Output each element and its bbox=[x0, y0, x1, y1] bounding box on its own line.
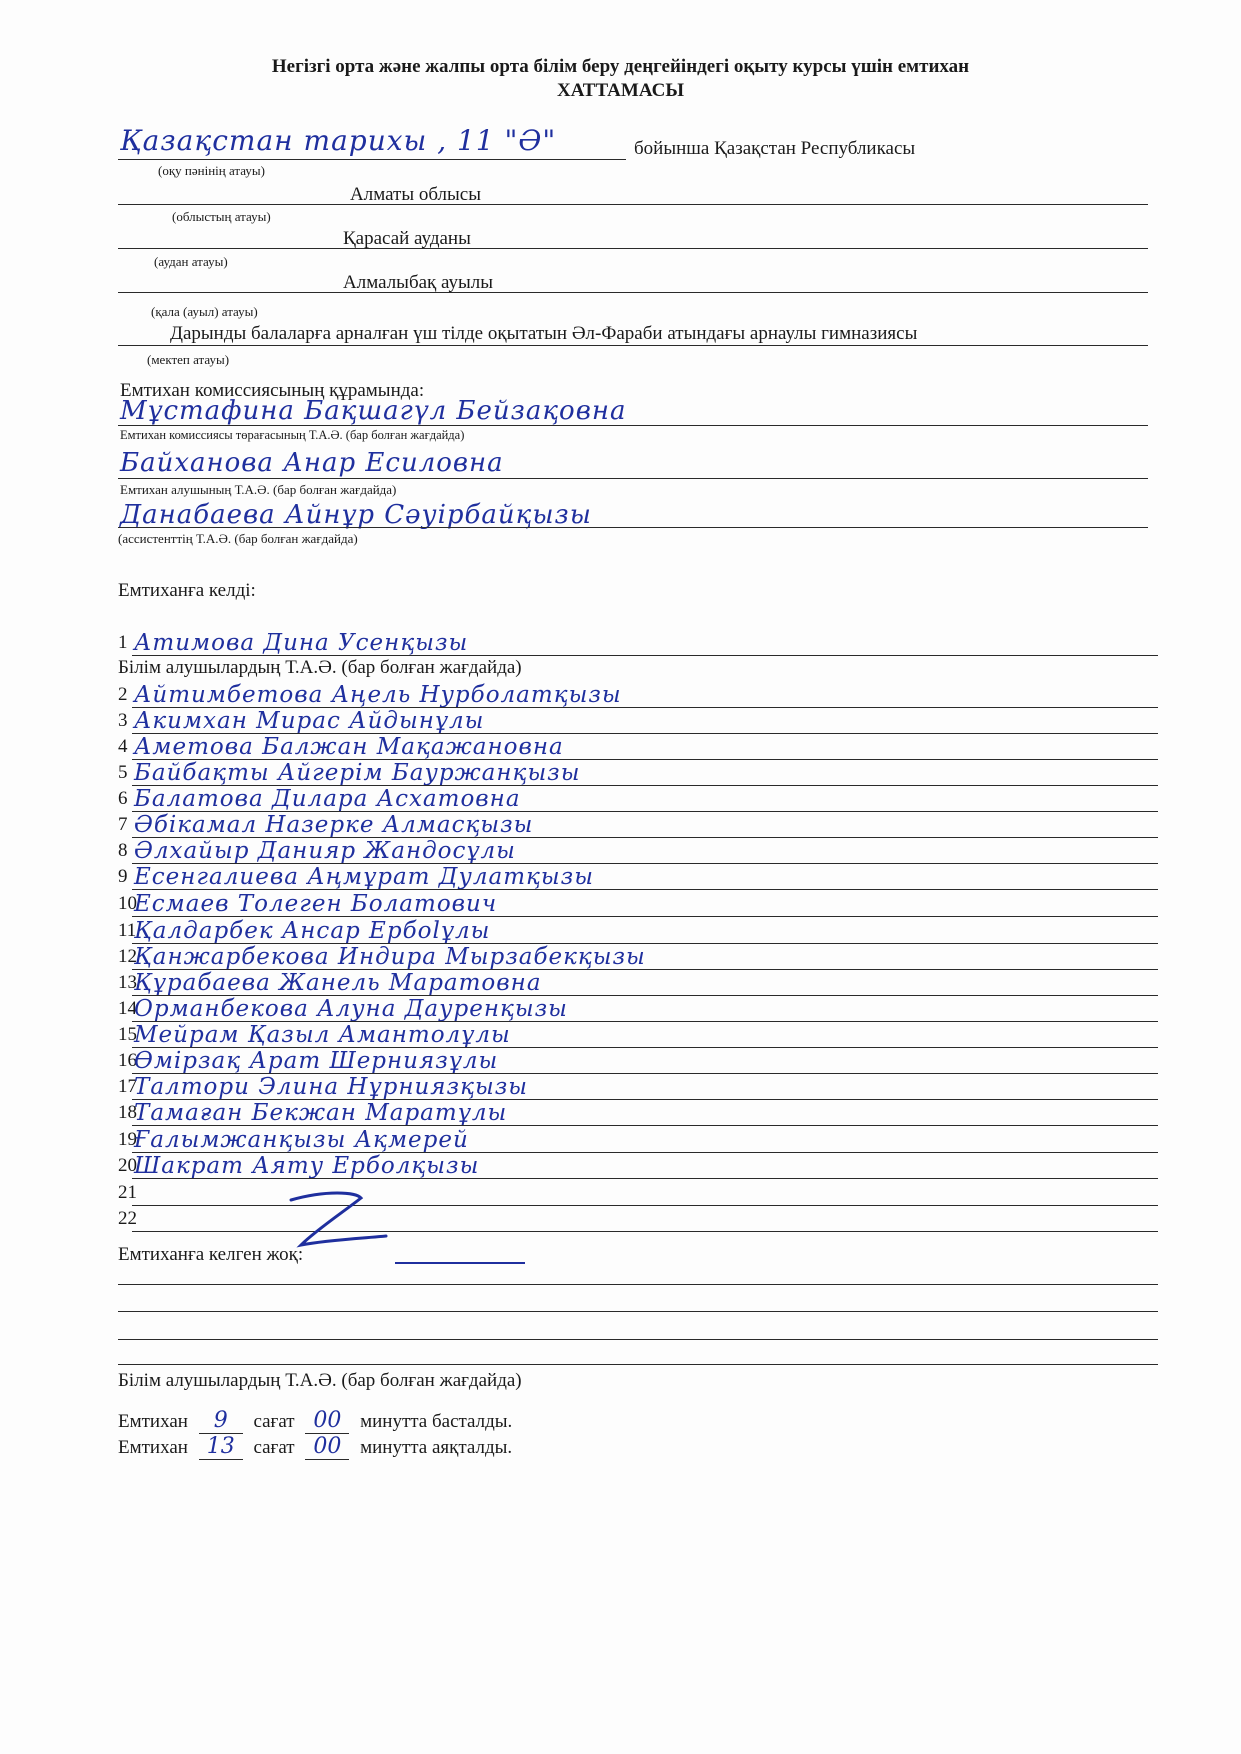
student-name-field[interactable]: Аметова Балжан Мақажановна bbox=[134, 734, 564, 760]
student-number: 4 bbox=[118, 736, 128, 758]
student-row[interactable]: 8Әлхайыр Данияр Жандосұлы bbox=[118, 838, 1158, 864]
exam-end-hour[interactable]: 13 bbox=[199, 1434, 243, 1460]
student-name-field[interactable]: Атимова Дина Усенқызы bbox=[134, 630, 468, 656]
student-row[interactable]: 7Әбікамал Назерке Алмасқызы bbox=[118, 812, 1158, 838]
exam-start-row: Емтихан 9 сағат 00 минутта басталды. bbox=[118, 1408, 512, 1434]
student-row[interactable]: 5Байбақты Айгерім Бауржанқызы bbox=[118, 760, 1158, 786]
student-row[interactable]: 1Атимова Дина Усенқызы bbox=[118, 630, 1158, 656]
student-number: 1 bbox=[118, 632, 128, 654]
exam-start-hour-label: сағат bbox=[253, 1411, 294, 1432]
examiner-field[interactable]: Байханова Анар Есиловна bbox=[120, 448, 504, 478]
absent-line-4[interactable] bbox=[118, 1364, 1158, 1365]
district-field[interactable]: Қарасай ауданы bbox=[343, 228, 471, 250]
student-row[interactable]: 21 bbox=[118, 1180, 1158, 1206]
student-name-field[interactable]: Құрабаева Жанель Маратовна bbox=[134, 970, 542, 996]
absent-caption: Білім алушылардың Т.А.Ә. (бар болған жағ… bbox=[118, 1370, 522, 1392]
student-name-field[interactable]: Есенгалиева Аңмұрат Дулатқызы bbox=[134, 864, 594, 890]
document-title-line2: ХАТТАМАСЫ bbox=[0, 80, 1241, 102]
student-row[interactable]: 3Акимхан Мирас Айдынұлы bbox=[118, 708, 1158, 734]
absent-dash-mark bbox=[395, 1262, 525, 1264]
student-row[interactable]: 18Тамаған Бекжан Маратұлы bbox=[118, 1100, 1158, 1126]
student-number: 7 bbox=[118, 814, 128, 836]
student-name-field[interactable]: Өмірзақ Арат Шерниязұлы bbox=[134, 1048, 498, 1074]
school-field[interactable]: Дарынды балаларға арналған үш тілде оқыт… bbox=[170, 323, 917, 345]
exam-end-prefix: Емтихан bbox=[118, 1437, 188, 1458]
student-row[interactable]: 14Орманбекова Алуна Дауренқызы bbox=[118, 996, 1158, 1022]
region-field[interactable]: Алматы облысы bbox=[350, 184, 481, 206]
student-name-field[interactable]: Әбікамал Назерке Алмасқызы bbox=[134, 812, 533, 838]
student-row[interactable]: 9Есенгалиева Аңмұрат Дулатқызы bbox=[118, 864, 1158, 890]
commission-chair-caption: Емтихан комиссиясы төрағасының Т.А.Ә. (б… bbox=[120, 428, 464, 443]
student-name-field[interactable]: Акимхан Мирас Айдынұлы bbox=[134, 708, 484, 734]
student-line bbox=[132, 889, 1158, 890]
exam-start-prefix: Емтихан bbox=[118, 1411, 188, 1432]
exam-end-row: Емтихан 13 сағат 00 минутта аяқталды. bbox=[118, 1434, 512, 1460]
exam-end-minute[interactable]: 00 bbox=[305, 1434, 349, 1460]
exam-end-hour-label: сағат bbox=[253, 1437, 294, 1458]
district-caption: (аудан атауы) bbox=[154, 254, 228, 270]
document-title-line1: Негізгі орта және жалпы орта білім беру … bbox=[0, 56, 1241, 78]
student-number: 8 bbox=[118, 840, 128, 862]
subject-caption: (оқу пәнінің атауы) bbox=[158, 163, 265, 179]
examiner-caption: Емтихан алушының Т.А.Ә. (бар болған жағд… bbox=[120, 482, 396, 498]
exam-start-hour[interactable]: 9 bbox=[199, 1408, 243, 1434]
student-number: 3 bbox=[118, 710, 128, 732]
student-row[interactable]: 13Құрабаева Жанель Маратовна bbox=[118, 970, 1158, 996]
student-line bbox=[132, 1178, 1158, 1179]
exam-start-minute[interactable]: 00 bbox=[305, 1408, 349, 1434]
student-name-field[interactable]: Балатова Дилара Асхатовна bbox=[134, 786, 521, 812]
absent-line-1[interactable] bbox=[118, 1284, 1158, 1285]
exam-protocol-page: Негізгі орта және жалпы орта білім беру … bbox=[0, 0, 1241, 1754]
city-caption: (қала (ауыл) атауы) bbox=[151, 304, 258, 320]
student-name-field[interactable]: Мейрам Қазыл Амантолұлы bbox=[134, 1022, 511, 1048]
student-row[interactable]: 15Мейрам Қазыл Амантолұлы bbox=[118, 1022, 1158, 1048]
student-name-field[interactable]: Талтори Элина Нұрниязқызы bbox=[134, 1074, 528, 1100]
region-caption: (облыстың атауы) bbox=[172, 209, 271, 225]
student-name-field[interactable]: Шакрат Аяту Ерболқызы bbox=[134, 1153, 479, 1179]
student-name-field[interactable]: Есмаев Толеген Болатович bbox=[134, 891, 497, 917]
absent-line-3[interactable] bbox=[118, 1339, 1158, 1340]
absent-line-2[interactable] bbox=[118, 1311, 1158, 1312]
student-number: 6 bbox=[118, 788, 128, 810]
student-name-field[interactable]: Айтимбетова Аңель Нурболатқызы bbox=[134, 682, 622, 708]
student-row[interactable]: 22 bbox=[118, 1206, 1158, 1232]
assistant-caption: (ассистенттің Т.А.Ә. (бар болған жағдайд… bbox=[118, 531, 358, 547]
absent-heading: Емтиханға келген жоқ: bbox=[118, 1244, 303, 1266]
student-number: 9 bbox=[118, 866, 128, 888]
student-line bbox=[132, 916, 1158, 917]
school-caption: (мектеп атауы) bbox=[147, 352, 229, 368]
student-row[interactable]: 16Өмірзақ Арат Шерниязұлы bbox=[118, 1048, 1158, 1074]
student-row[interactable]: 4Аметова Балжан Мақажановна bbox=[118, 734, 1158, 760]
subject-suffix: бойынша Қазақстан Республикасы bbox=[634, 138, 915, 160]
student-line bbox=[132, 1125, 1158, 1126]
student-name-field[interactable]: Қалдарбек Анcар Ербolұлы bbox=[134, 918, 490, 944]
student-name-field[interactable]: Ғалымжанқызы Ақмерей bbox=[134, 1127, 469, 1153]
exam-start-suffix: минутта басталды. bbox=[360, 1411, 512, 1432]
student-row[interactable]: 11Қалдарбек Анcар Ербolұлы bbox=[118, 918, 1158, 944]
subject-field[interactable]: Қазақстан тарихы , 11 "Ә" bbox=[120, 124, 556, 157]
student-row[interactable]: 19Ғалымжанқызы Ақмерей bbox=[118, 1127, 1158, 1153]
student-name-field[interactable]: Қанжарбекова Индира Мырзабекқызы bbox=[134, 944, 646, 970]
city-field[interactable]: Алмалыбақ ауылы bbox=[343, 272, 493, 294]
student-row[interactable]: 10Есмаев Толеген Болатович bbox=[118, 891, 1158, 917]
student-row[interactable]: 12Қанжарбекова Индира Мырзабекқызы bbox=[118, 944, 1158, 970]
student-line bbox=[132, 655, 1158, 656]
student-number: 2 bbox=[118, 684, 128, 706]
attended-heading: Емтиханға келді: bbox=[118, 580, 256, 602]
student-row[interactable]: 6Балатова Дилара Асхатовна bbox=[118, 786, 1158, 812]
student-number: 5 bbox=[118, 762, 128, 784]
student-name-field[interactable]: Тамаған Бекжан Маратұлы bbox=[134, 1100, 507, 1126]
student-name-field[interactable]: Байбақты Айгерім Бауржанқызы bbox=[134, 760, 580, 786]
student-row[interactable]: 20Шакрат Аяту Ерболқызы bbox=[118, 1153, 1158, 1179]
student-row[interactable]: 2Айтимбетова Аңель Нурболатқызы bbox=[118, 682, 1158, 708]
commission-chair-field[interactable]: Мұстафина Бақшагүл Бейзақовна bbox=[120, 396, 626, 426]
student-row[interactable]: 17Талтори Элина Нұрниязқызы bbox=[118, 1074, 1158, 1100]
attended-caption: Білім алушылардың Т.А.Ә. (бар болған жағ… bbox=[118, 657, 522, 679]
student-name-field[interactable]: Орманбекова Алуна Дауренқызы bbox=[134, 996, 568, 1022]
student-number: 21 bbox=[118, 1182, 137, 1204]
student-number: 22 bbox=[118, 1208, 137, 1230]
exam-end-suffix: минутта аяқталды. bbox=[360, 1437, 512, 1458]
assistant-field[interactable]: Данабаева Айнұр Сәуірбайқызы bbox=[120, 500, 592, 530]
student-name-field[interactable]: Әлхайыр Данияр Жандосұлы bbox=[134, 838, 516, 864]
